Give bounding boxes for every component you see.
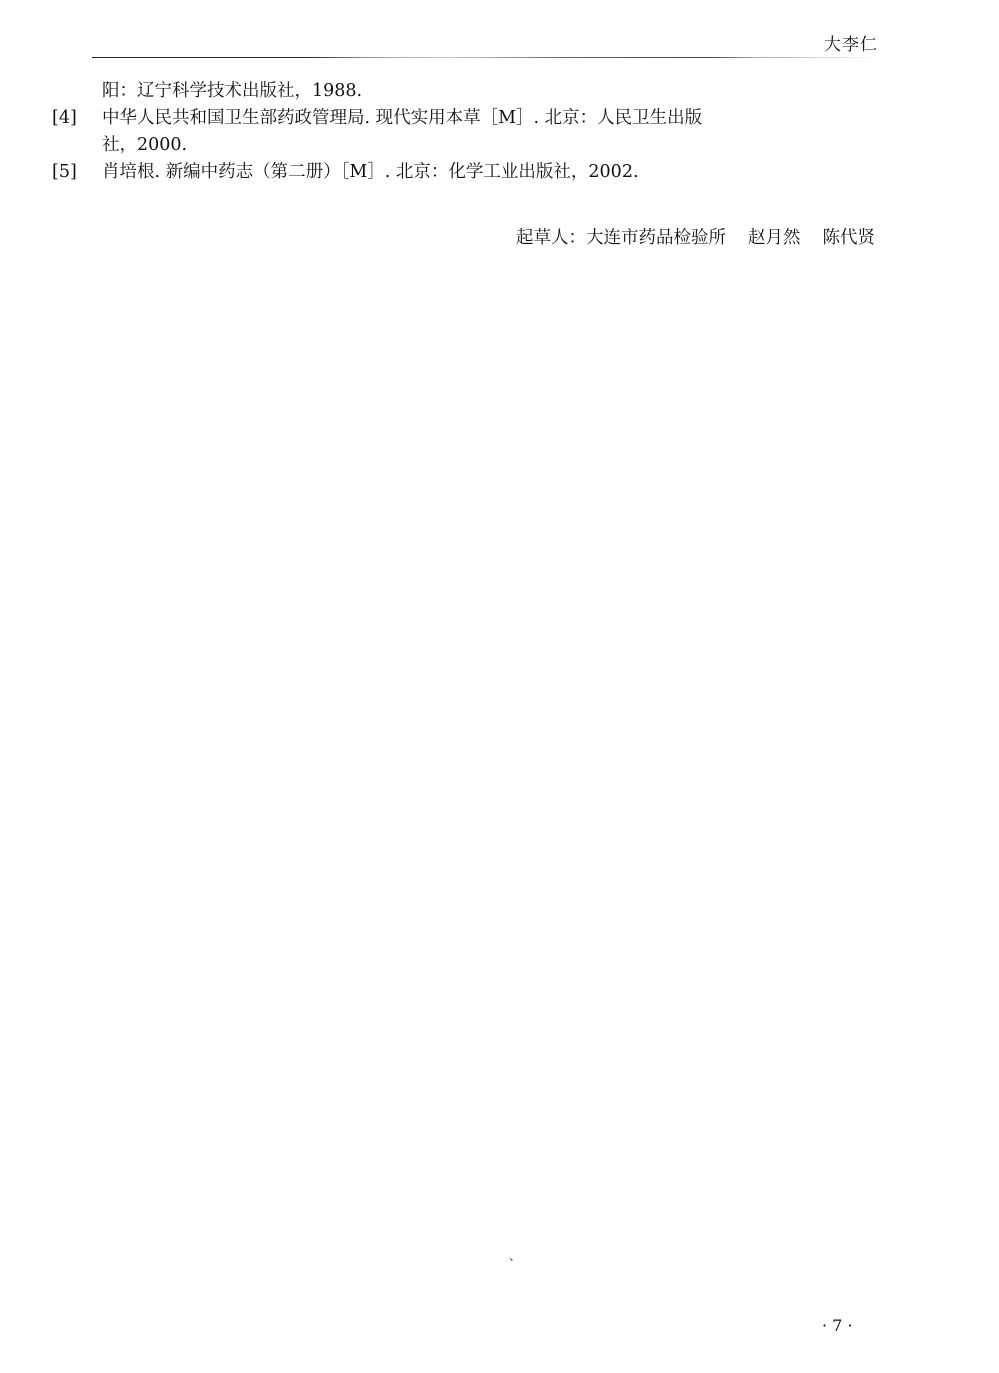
drafter-line: 起草人：大连市药品检验所赵月然陈代贤: [516, 224, 875, 249]
running-head: 大李仁: [824, 30, 878, 55]
reference-item-4: [4]中华人民共和国卫生部药政管理局. 现代实用本草［M］. 北京：人民卫生出版: [52, 105, 882, 132]
reference-text: 肖培根. 新编中药志（第二册）［M］. 北京：化学工业出版社，2002.: [102, 162, 639, 182]
drafter-label: 起草人：大连市药品检验所: [516, 228, 726, 248]
stray-mark: 、: [509, 1247, 521, 1264]
drafter-name-1: 赵月然: [748, 228, 801, 248]
header-rule: [92, 57, 882, 58]
reference-text: 中华人民共和国卫生部药政管理局. 现代实用本草［M］. 北京：人民卫生出版: [102, 108, 702, 128]
reference-number: [5]: [52, 159, 102, 186]
reference-item-4-cont: 社，2000.: [52, 132, 882, 159]
reference-list: 阳：辽宁科学技术出版社，1988. [4]中华人民共和国卫生部药政管理局. 现代…: [52, 78, 882, 186]
page-number: · 7 ·: [822, 1316, 853, 1335]
drafter-name-2: 陈代贤: [823, 228, 876, 248]
reference-item-5: [5]肖培根. 新编中药志（第二册）［M］. 北京：化学工业出版社，2002.: [52, 159, 882, 186]
reference-number: [4]: [52, 105, 102, 132]
reference-continuation: 阳：辽宁科学技术出版社，1988.: [52, 78, 882, 105]
